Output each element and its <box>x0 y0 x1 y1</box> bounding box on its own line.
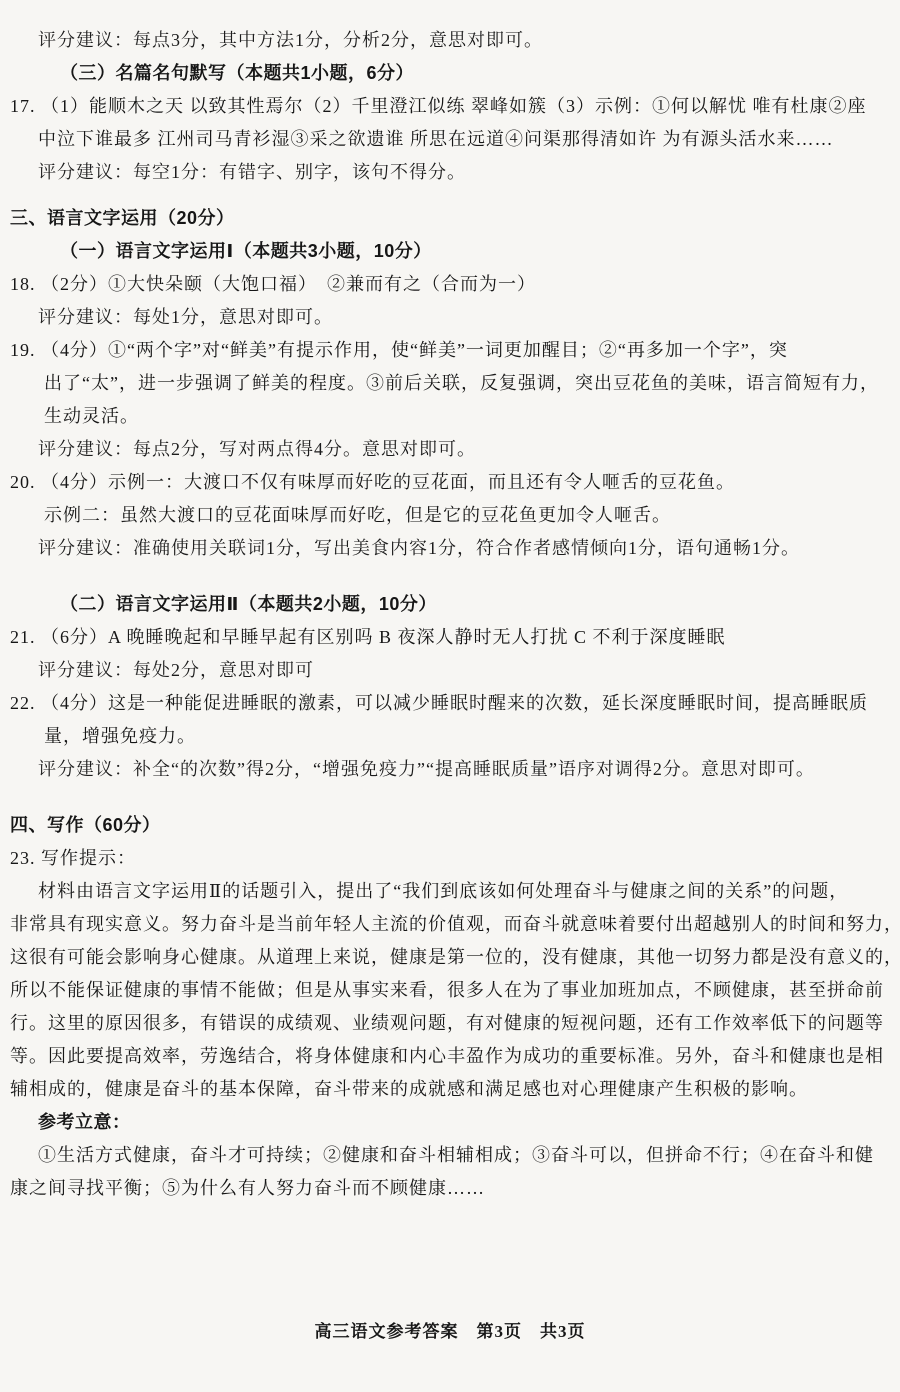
essay-guidance-line: 这很有可能会影响身心健康。从道理上来说，健康是第一位的，没有健康，其他一切努力都… <box>10 941 890 974</box>
answer-line-19-cont: 出了“太”，进一步强调了鲜美的程度。③前后关联，反复强调，突出豆花鱼的美味，语言… <box>10 367 890 400</box>
scoring-note: 评分建议：补全“的次数”得2分，“增强免疫力”“提高睡眠质量”语序对调得2分。意… <box>10 753 890 786</box>
reference-ideas-line: 康之间寻找平衡；⑤为什么有人努力奋斗而不顾健康…… <box>10 1172 890 1205</box>
section-heading-yuyan: 三、语言文字运用（20分） <box>10 202 890 235</box>
subsection-heading-yuyan-1: （一）语言文字运用Ⅰ（本题共3小题，10分） <box>10 235 890 268</box>
answer-line-22: 22. （4分）这是一种能促进睡眠的激素，可以减少睡眠时醒来的次数，延长深度睡眠… <box>10 687 890 720</box>
scoring-note: 评分建议：每处2分，意思对即可 <box>10 654 890 687</box>
scoring-note: 评分建议：准确使用关联词1分，写出美食内容1分，符合作者感情倾向1分，语句通畅1… <box>10 532 890 565</box>
scoring-note: 评分建议：每处1分，意思对即可。 <box>10 301 890 334</box>
page-footer: 高三语文参考答案 第3页 共3页 <box>0 1317 900 1342</box>
answer-line-19: 19. （4分）①“两个字”对“鲜美”有提示作用，使“鲜美”一词更加醒目；②“再… <box>10 334 890 367</box>
answer-line-17: 17. （1）能顺木之天 以致其性焉尔（2）千里澄江似练 翠峰如簇（3）示例：①… <box>10 90 890 123</box>
section-heading-mingju: （三）名篇名句默写（本题共1小题，6分） <box>10 57 890 90</box>
answer-sheet-page: 评分建议：每点3分，其中方法1分，分析2分，意思对即可。 （三）名篇名句默写（本… <box>0 0 900 1392</box>
essay-guidance-line: 等。因此要提高效率，劳逸结合，将身体健康和内心丰盈作为成功的重要标准。另外，奋斗… <box>10 1040 890 1073</box>
essay-guidance-line: 辅相成的，健康是奋斗的基本保障，奋斗带来的成就感和满足感也对心理健康产生积极的影… <box>10 1073 890 1106</box>
answer-line-17-cont: 中泣下谁最多 江州司马青衫湿③采之欲遗谁 所思在远道④问渠那得清如许 为有源头活… <box>10 123 890 156</box>
essay-guidance-line: 行。这里的原因很多，有错误的成绩观、业绩观问题，有对健康的短视问题，还有工作效率… <box>10 1007 890 1040</box>
scoring-note: 评分建议：每点3分，其中方法1分，分析2分，意思对即可。 <box>10 24 890 57</box>
essay-guidance-line: 材料由语言文字运用Ⅱ的话题引入，提出了“我们到底该如何处理奋斗与健康之间的关系”… <box>10 875 890 908</box>
scoring-note: 评分建议：每点2分，写对两点得4分。意思对即可。 <box>10 433 890 466</box>
answer-line-20: 20. （4分）示例一：大渡口不仅有味厚而好吃的豆花面，而且还有令人咂舌的豆花鱼… <box>10 466 890 499</box>
answer-line-23-prompt: 23. 写作提示： <box>10 842 890 875</box>
answer-line-22-cont: 量，增强免疫力。 <box>10 720 890 753</box>
reference-ideas-line: ①生活方式健康，奋斗才可持续；②健康和奋斗相辅相成；③奋斗可以，但拼命不行；④在… <box>10 1139 890 1172</box>
answer-line-20-cont: 示例二：虽然大渡口的豆花面味厚而好吃，但是它的豆花鱼更加令人咂舌。 <box>10 499 890 532</box>
reference-ideas-heading: 参考立意： <box>10 1106 890 1139</box>
section-heading-xiezuo: 四、写作（60分） <box>10 809 890 842</box>
answer-line-21: 21. （6分）A 晚睡晚起和早睡早起有区别吗 B 夜深人静时无人打扰 C 不利… <box>10 621 890 654</box>
essay-guidance-line: 非常具有现实意义。努力奋斗是当前年轻人主流的价值观，而奋斗就意味着要付出超越别人… <box>10 908 890 941</box>
answer-line-19-cont: 生动灵活。 <box>10 400 890 433</box>
essay-guidance-line: 所以不能保证健康的事情不能做；但是从事实来看，很多人在为了事业加班加点，不顾健康… <box>10 974 890 1007</box>
answer-line-18: 18. （2分）①大快朵颐（大饱口福） ②兼而有之（合而为一） <box>10 268 890 301</box>
scoring-note: 评分建议：每空1分：有错字、别字，该句不得分。 <box>10 156 890 189</box>
subsection-heading-yuyan-2: （二）语言文字运用Ⅱ（本题共2小题，10分） <box>10 588 890 621</box>
